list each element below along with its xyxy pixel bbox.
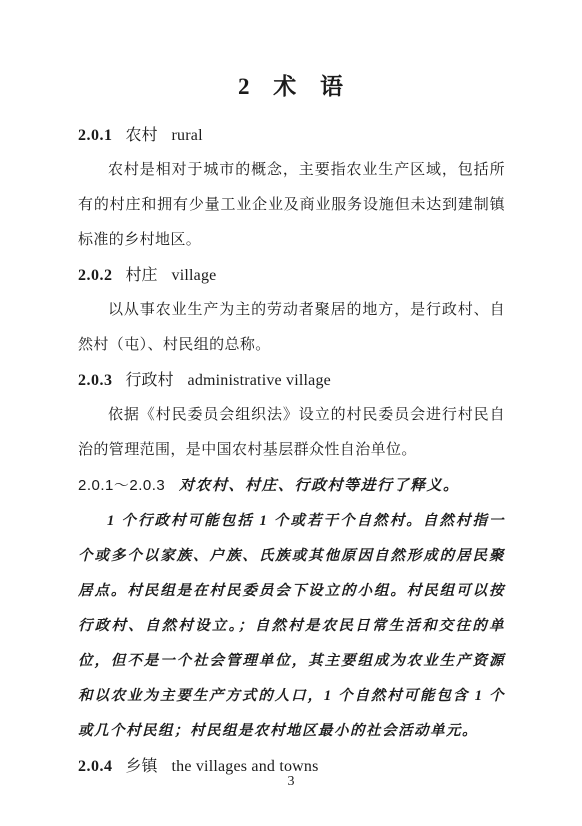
term-number: 2.0.2: [78, 267, 113, 284]
commentary-heading: 2.0.1～2.0.3 对农村、村庄、行政村等进行了释义。: [78, 468, 505, 504]
term-heading-2-0-1: 2.0.1 农村 rural: [78, 118, 505, 153]
term-heading-2-0-2: 2.0.2 村庄 village: [78, 258, 505, 293]
document-page: 2 术 语 2.0.1 农村 rural 农村是相对于城市的概念，主要指农业生产…: [0, 0, 582, 826]
term-number: 2.0.4: [78, 758, 113, 775]
term-definition-2-0-1: 农村是相对于城市的概念，主要指农业生产区域，包括所有的村庄和拥有少量工业企业及商…: [78, 153, 505, 258]
page-number: 3: [0, 774, 582, 790]
term-number: 2.0.1: [78, 127, 113, 144]
term-english: village: [172, 267, 217, 284]
commentary-range-label: 2.0.1～2.0.3: [78, 477, 165, 494]
term-definition-2-0-2: 以从事农业生产为主的劳动者聚居的地方，是行政村、自然村（屯）、村民组的总称。: [78, 293, 505, 363]
term-number: 2.0.3: [78, 372, 113, 389]
term-chinese: 乡镇: [126, 758, 158, 775]
term-english: rural: [172, 127, 203, 144]
commentary-summary: 对农村、村庄、行政村等进行了释义。: [179, 478, 460, 494]
term-chinese: 村庄: [126, 267, 158, 284]
commentary-body: 1 个行政村可能包括 1 个或若干个自然村。自然村指一个或多个以家族、户族、氏族…: [78, 504, 505, 749]
page-title: 2 术 语: [78, 72, 505, 102]
term-chinese: 行政村: [126, 372, 174, 389]
term-english: administrative village: [188, 372, 331, 389]
term-english: the villages and towns: [172, 758, 319, 775]
term-definition-2-0-3: 依据《村民委员会组织法》设立的村民委员会进行村民自治的管理范围，是中国农村基层群…: [78, 398, 505, 468]
term-heading-2-0-3: 2.0.3 行政村 administrative village: [78, 363, 505, 398]
term-chinese: 农村: [126, 127, 158, 144]
